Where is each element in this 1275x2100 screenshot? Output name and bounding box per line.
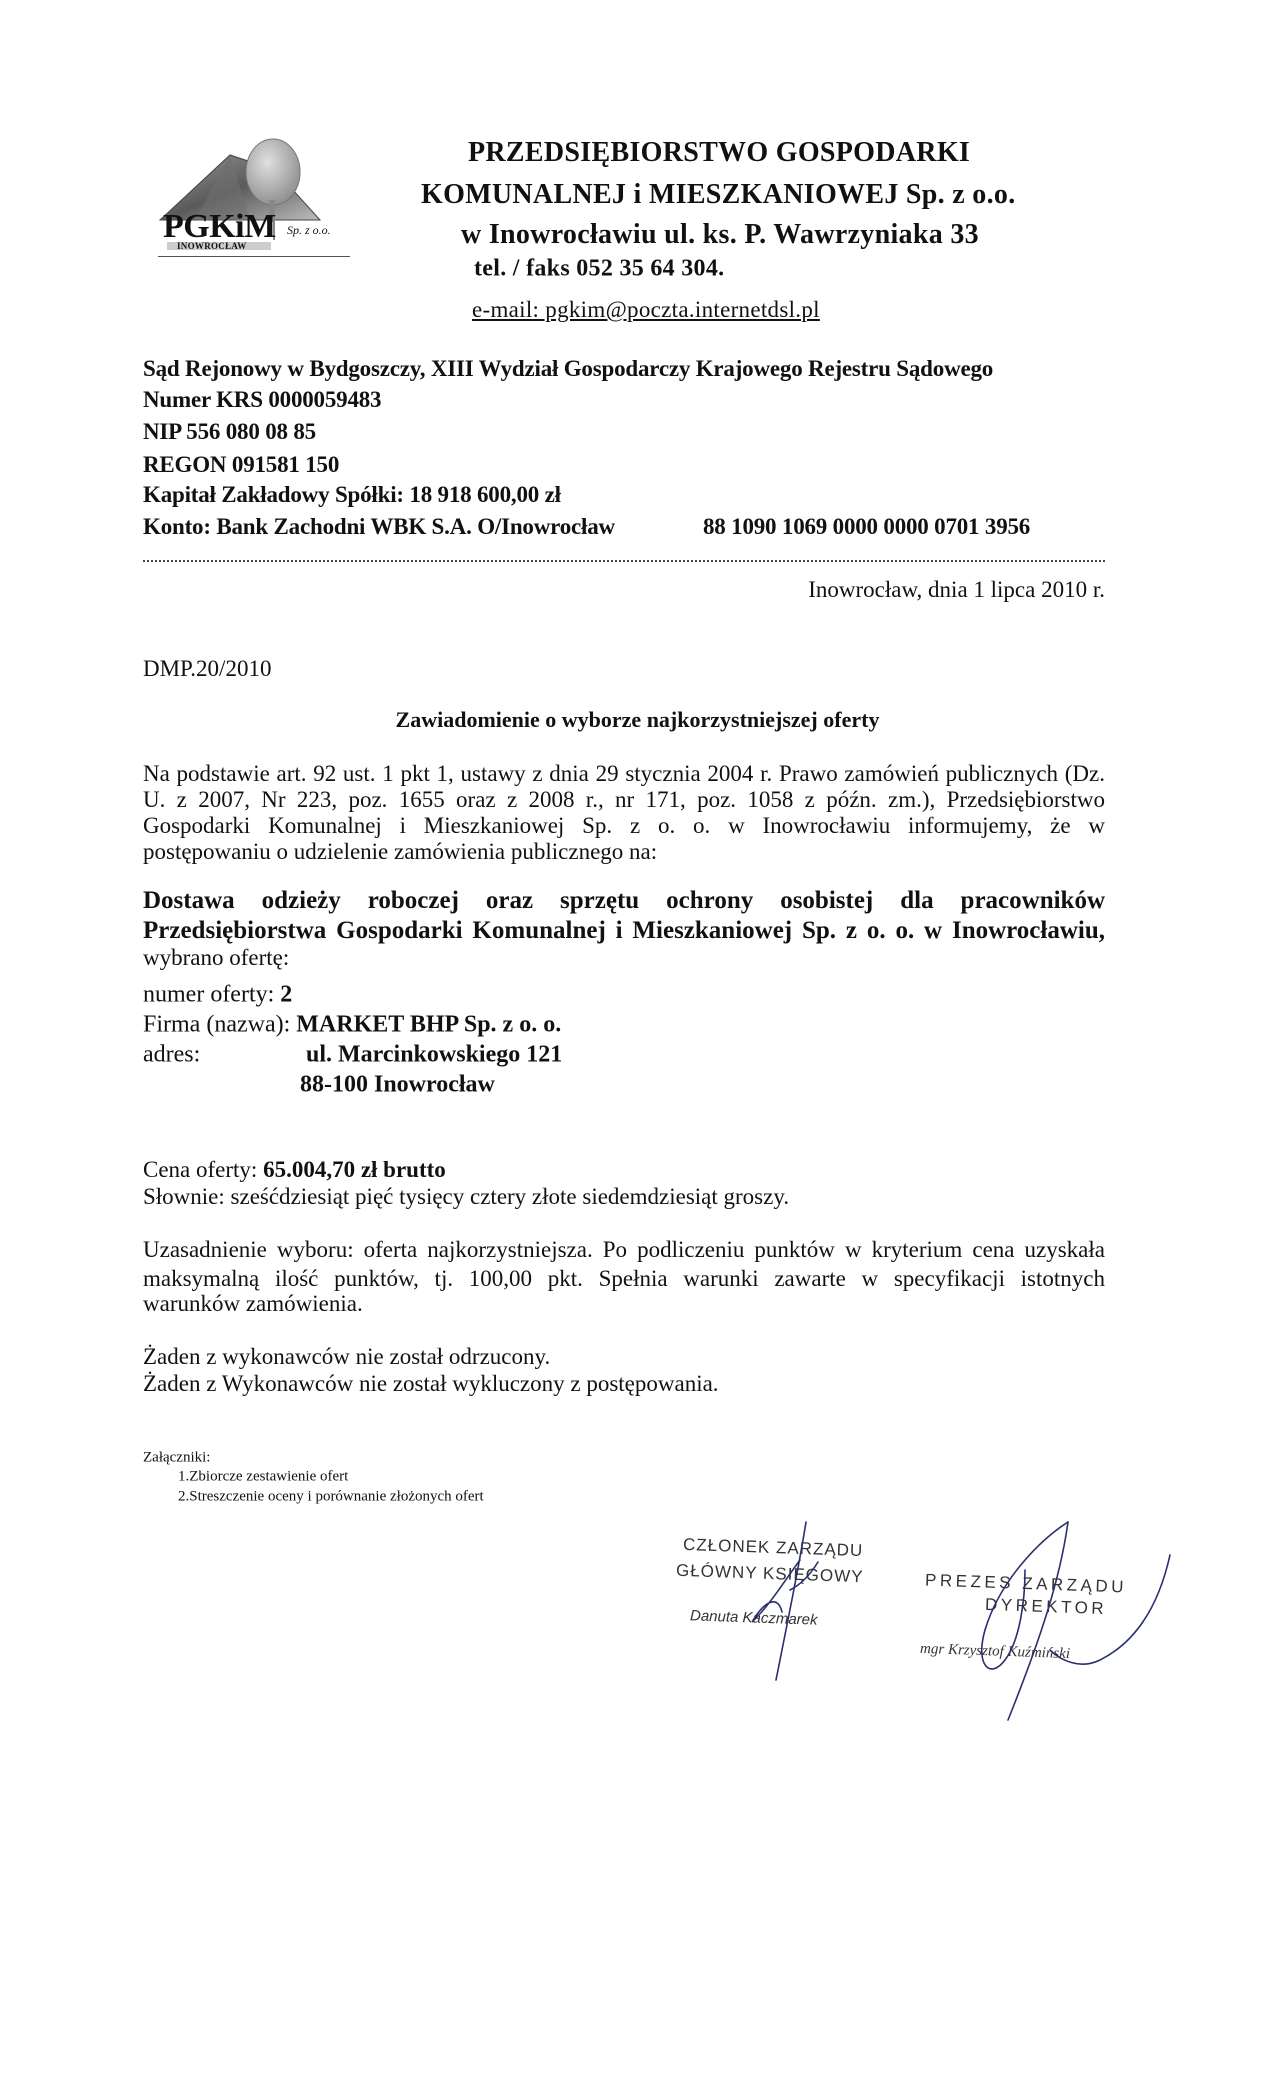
intro-line-3: Gospodarki Komunalnej i Mieszkaniowej Sp… (143, 813, 1105, 839)
attachment-item-2: 2.Streszczenie oceny i porównanie złożon… (178, 1489, 484, 1506)
signature-1-title-2: GŁÓWNY KSIĘGOWY (676, 1561, 864, 1588)
intro-line-1: Na podstawie art. 92 ust. 1 pkt 1, ustaw… (143, 761, 1105, 787)
subject-line-2: Przedsiębiorstwa Gospodarki Komunalnej i… (143, 917, 1105, 945)
signature-2-title-1: PREZES ZARZĄDU (925, 1570, 1128, 1597)
intro-line-2: U. z 2007, Nr 223, poz. 1655 oraz z 2008… (143, 787, 1105, 813)
letterhead-email[interactable]: e-mail: pgkim@poczta.internetdsl.pl (472, 297, 820, 323)
offer-number: numer oferty: 2 (143, 982, 292, 1009)
signature-2-name: mgr Krzysztof Kuźmiński (920, 1641, 1071, 1663)
price-value: 65.004,70 zł brutto (263, 1157, 446, 1182)
justification-line-3: warunków zamówienia. (143, 1291, 363, 1317)
offer-number-value: 2 (280, 982, 292, 1008)
registry-krs: Numer KRS 0000059483 (143, 387, 381, 413)
attachment-item-1: 1.Zbiorcze zestawienie ofert (178, 1469, 348, 1486)
logo-city: INOWROCŁAW (177, 241, 247, 251)
registry-nip: NIP 556 080 08 85 (143, 419, 316, 445)
intro-line-4: postępowaniu o udzielenie zamówienia pub… (143, 839, 657, 865)
offer-address-line-1: ul. Marcinkowskiego 121 (306, 1042, 562, 1069)
subject-chosen: wybrano ofertę: (143, 945, 289, 971)
offer-company-label: Firma (nazwa): (143, 1012, 290, 1038)
registry-account-number: 88 1090 1069 0000 0000 0701 3956 (703, 514, 1030, 540)
price-label: Cena oferty: (143, 1157, 257, 1182)
subject-line-1: Dostawa odzieży roboczej oraz sprzętu oc… (143, 887, 1105, 915)
letterhead-phone: tel. / faks 052 35 64 304. (474, 256, 724, 283)
letterhead-line-1: PRZEDSIĘBIORSTWO GOSPODARKI (468, 137, 970, 169)
logo-suffix: Sp. z o.o. (287, 223, 331, 238)
letterhead-address: w Inowrocławiu ul. ks. P. Wawrzyniaka 33 (461, 219, 979, 251)
statement-excluded: Żaden z Wykonawców nie został wykluczony… (143, 1371, 719, 1397)
offer-address-line-2: 88-100 Inowrocław (300, 1072, 495, 1099)
document-date: Inowrocław, dnia 1 lipca 2010 r. (808, 577, 1105, 603)
price: Cena oferty: 65.004,70 zł brutto (143, 1157, 446, 1183)
letterhead-line-2: KOMUNALNEJ i MIESZKANIOWEJ Sp. z o.o. (421, 179, 1016, 211)
offer-company: Firma (nazwa): MARKET BHP Sp. z o. o. (143, 1012, 561, 1039)
registry-court: Sąd Rejonowy w Bydgoszczy, XIII Wydział … (143, 356, 993, 382)
dotted-separator (143, 560, 1105, 562)
registry-capital: Kapitał Zakładowy Spółki: 18 918 600,00 … (143, 482, 561, 508)
logo-underline (158, 256, 350, 257)
justification-line-1: Uzasadnienie wyboru: oferta najkorzystni… (143, 1237, 1105, 1263)
registry-account-bank: Konto: Bank Zachodni WBK S.A. O/Inowrocł… (143, 514, 615, 540)
registry-regon: REGON 091581 150 (143, 452, 339, 478)
statement-rejected: Żaden z wykonawców nie został odrzucony. (143, 1344, 550, 1370)
offer-address-label: adres: (143, 1042, 200, 1069)
offer-company-value: MARKET BHP Sp. z o. o. (296, 1012, 561, 1038)
signature-1-name: Danuta Kaczmarek (690, 1607, 818, 1628)
company-logo: PGKiM Sp. z o.o. INOWROCŁAW (155, 130, 355, 265)
signature-2-title-2: DYREKTOR (985, 1595, 1108, 1619)
offer-number-label: numer oferty: (143, 982, 274, 1008)
price-in-words: Słownie: sześćdziesiąt pięć tysięcy czte… (143, 1184, 789, 1210)
reference-number: DMP.20/2010 (143, 656, 271, 682)
signature-1-title-1: CZŁONEK ZARZĄDU (683, 1535, 864, 1561)
document-title: Zawiadomienie o wyborze najkorzystniejsz… (0, 707, 1275, 733)
attachments-label: Załączniki: (143, 1450, 210, 1467)
justification-line-2: maksymalną ilość punktów, tj. 100,00 pkt… (143, 1266, 1105, 1292)
